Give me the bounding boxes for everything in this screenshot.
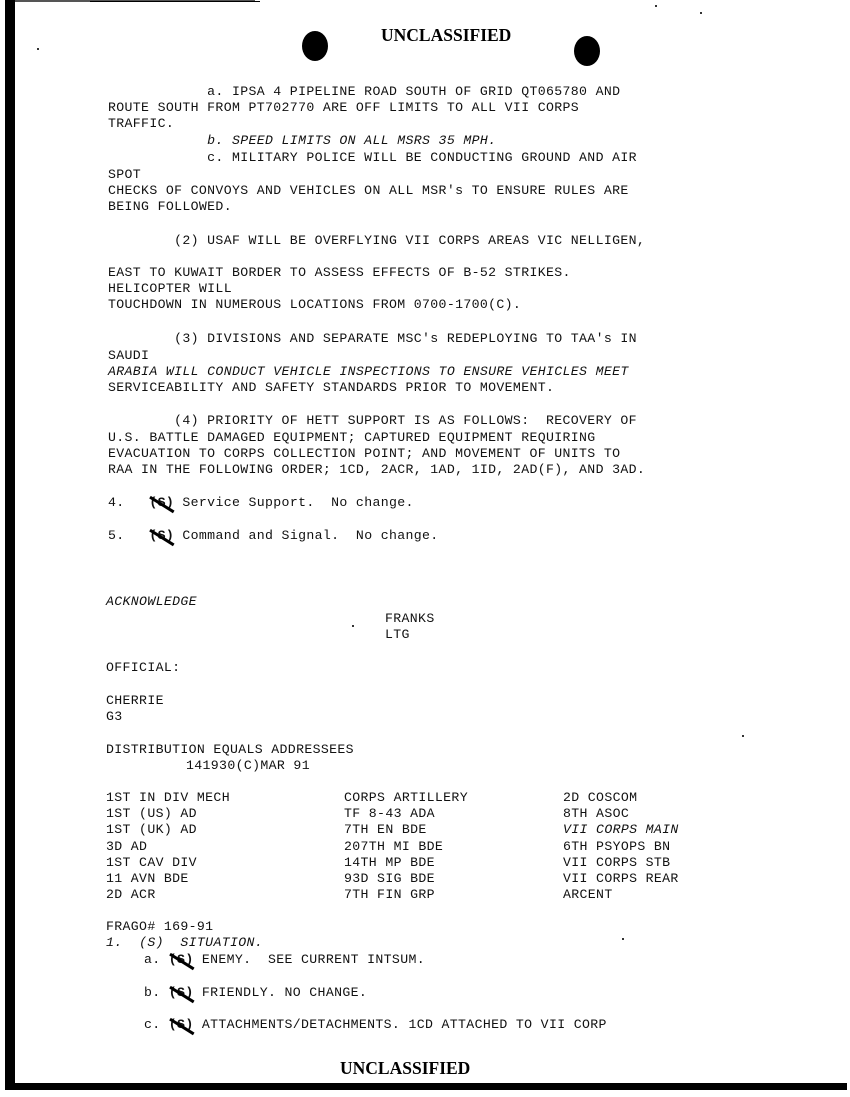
distribution-item: VII CORPS STB — [563, 855, 679, 871]
distribution-item: 6TH PSYOPS BN — [563, 839, 679, 855]
signer-name: FRANKS — [385, 611, 435, 627]
para-c-line-1: c. MILITARY POLICE WILL BE CONDUCTING GR… — [108, 150, 637, 166]
para-2-line-3: EAST TO KUWAIT BORDER TO ASSESS EFFECTS … — [108, 265, 571, 281]
situation-number: 1. — [106, 935, 123, 950]
distribution-item: 1ST (US) AD — [106, 806, 230, 822]
distribution-item: CORPS ARTILLERY — [344, 790, 468, 806]
distribution-item: 11 AVN BDE — [106, 871, 230, 887]
para-3-line-2: SAUDI — [108, 348, 149, 364]
distribution-item: 3D AD — [106, 839, 230, 855]
official-label: OFFICIAL: — [106, 660, 180, 676]
distribution-item: VII CORPS MAIN — [563, 822, 679, 838]
item-text: ATTACHMENTS/DETACHMENTS. 1CD ATTACHED TO… — [202, 1017, 607, 1032]
official-name: CHERRIE — [106, 693, 164, 709]
para-3-line-4: SERVICEABILITY AND SAFETY STANDARDS PRIO… — [108, 380, 554, 396]
distribution-item: 7TH EN BDE — [344, 822, 468, 838]
redacted-classification-marking: (S) — [169, 985, 194, 1001]
distribution-item: 1ST IN DIV MECH — [106, 790, 230, 806]
scan-speck — [622, 938, 624, 940]
distribution-item: 2D COSCOM — [563, 790, 679, 806]
para-2-line-4: HELICOPTER WILL — [108, 281, 232, 297]
item-text: FRIENDLY. NO CHANGE. — [202, 985, 367, 1000]
scan-speck — [37, 48, 39, 50]
signer-rank: LTG — [385, 627, 410, 643]
para-4-line-2: U.S. BATTLE DAMAGED EQUIPMENT; CAPTURED … — [108, 430, 596, 446]
scan-speck — [700, 12, 702, 14]
scan-speck — [742, 735, 744, 737]
para-a-line-2: ROUTE SOUTH FROM PT702770 ARE OFF LIMITS… — [108, 100, 579, 116]
distribution-item: 8TH ASOC — [563, 806, 679, 822]
item-text: ENEMY. SEE CURRENT INTSUM. — [202, 952, 425, 967]
distribution-column-3: 2D COSCOM 8TH ASOC VII CORPS MAIN 6TH PS… — [563, 790, 679, 903]
redacted-classification-marking: (S) — [169, 1017, 194, 1033]
redacted-classification-marking: (S) — [149, 495, 174, 511]
distribution-item: 93D SIG BDE — [344, 871, 468, 887]
para-b-line-1: b. SPEED LIMITS ON ALL MSRS 35 MPH. — [108, 133, 496, 149]
distribution-item: 7TH FIN GRP — [344, 887, 468, 903]
distribution-item: VII CORPS REAR — [563, 871, 679, 887]
item-letter: a. — [144, 952, 161, 967]
para-4-line-1: (4) PRIORITY OF HETT SUPPORT IS AS FOLLO… — [108, 413, 637, 429]
scan-edge-top-line — [90, 1, 260, 2]
classification-banner-bottom: UNCLASSIFIED — [340, 1058, 470, 1079]
para-a-line-3: TRAFFIC. — [108, 116, 174, 132]
classification-banner-top: UNCLASSIFIED — [381, 25, 511, 46]
frago-item-b: b. (S) FRIENDLY. NO CHANGE. — [144, 985, 367, 1001]
section-number: 5. — [108, 528, 125, 543]
para-c-line-3: CHECKS OF CONVOYS AND VEHICLES ON ALL MS… — [108, 183, 629, 199]
distribution-item: 1ST CAV DIV — [106, 855, 230, 871]
distribution-column-2: CORPS ARTILLERY TF 8-43 ADA 7TH EN BDE 2… — [344, 790, 468, 903]
document-page: UNCLASSIFIED a. IPSA 4 PIPELINE ROAD SOU… — [0, 0, 850, 1097]
distribution-item: 2D ACR — [106, 887, 230, 903]
para-4-line-4: RAA IN THE FOLLOWING ORDER; 1CD, 2ACR, 1… — [108, 462, 645, 478]
scan-edge-bottom — [5, 1083, 847, 1090]
official-title: G3 — [106, 709, 123, 725]
distribution-item: 1ST (UK) AD — [106, 822, 230, 838]
distribution-item: ARCENT — [563, 887, 679, 903]
para-4-line-3: EVACUATION TO CORPS COLLECTION POINT; AN… — [108, 446, 620, 462]
para-c-line-2: SPOT — [108, 167, 141, 183]
distribution-column-1: 1ST IN DIV MECH 1ST (US) AD 1ST (UK) AD … — [106, 790, 230, 903]
distribution-item: TF 8-43 ADA — [344, 806, 468, 822]
para-2-line-5: TOUCHDOWN IN NUMEROUS LOCATIONS FROM 070… — [108, 297, 521, 313]
situation-heading: 1. (S) SITUATION. — [106, 935, 263, 951]
redacted-classification-marking: (S) — [149, 528, 174, 544]
distribution-label: DISTRIBUTION EQUALS ADDRESSEES — [106, 742, 354, 758]
para-2-line-1: (2) USAF WILL BE OVERFLYING VII CORPS AR… — [108, 233, 645, 249]
scan-speck — [655, 5, 657, 7]
distribution-item: 207TH MI BDE — [344, 839, 468, 855]
redacted-classification-marking: (S) — [169, 952, 194, 968]
frago-number: FRAGO# 169-91 — [106, 919, 213, 935]
frago-item-c: c. (S) ATTACHMENTS/DETACHMENTS. 1CD ATTA… — [144, 1017, 607, 1033]
distribution-item: 14TH MP BDE — [344, 855, 468, 871]
situation-marking: (S) — [139, 935, 164, 950]
para-c-line-4: BEING FOLLOWED. — [108, 199, 232, 215]
section-4: 4. (S) Service Support. No change. — [108, 495, 414, 511]
section-text: Service Support. No change. — [182, 495, 413, 510]
para-3-line-3: ARABIA WILL CONDUCT VEHICLE INSPECTIONS … — [108, 364, 629, 380]
scan-speck — [352, 625, 354, 627]
acknowledge-label: ACKNOWLEDGE — [106, 594, 197, 610]
punch-hole-left — [302, 31, 328, 61]
para-a-line-1: a. IPSA 4 PIPELINE ROAD SOUTH OF GRID QT… — [108, 84, 620, 100]
para-3-line-1: (3) DIVISIONS AND SEPARATE MSC's REDEPLO… — [108, 331, 637, 347]
item-letter: b. — [144, 985, 161, 1000]
situation-label: SITUATION. — [180, 935, 263, 950]
section-text: Command and Signal. No change. — [182, 528, 438, 543]
date-time-group: 141930(C)MAR 91 — [186, 758, 310, 774]
frago-item-a: a. (S) ENEMY. SEE CURRENT INTSUM. — [144, 952, 425, 968]
scan-edge-left — [5, 0, 15, 1090]
punch-hole-right — [574, 36, 600, 66]
item-letter: c. — [144, 1017, 161, 1032]
section-5: 5. (S) Command and Signal. No change. — [108, 528, 439, 544]
section-number: 4. — [108, 495, 125, 510]
